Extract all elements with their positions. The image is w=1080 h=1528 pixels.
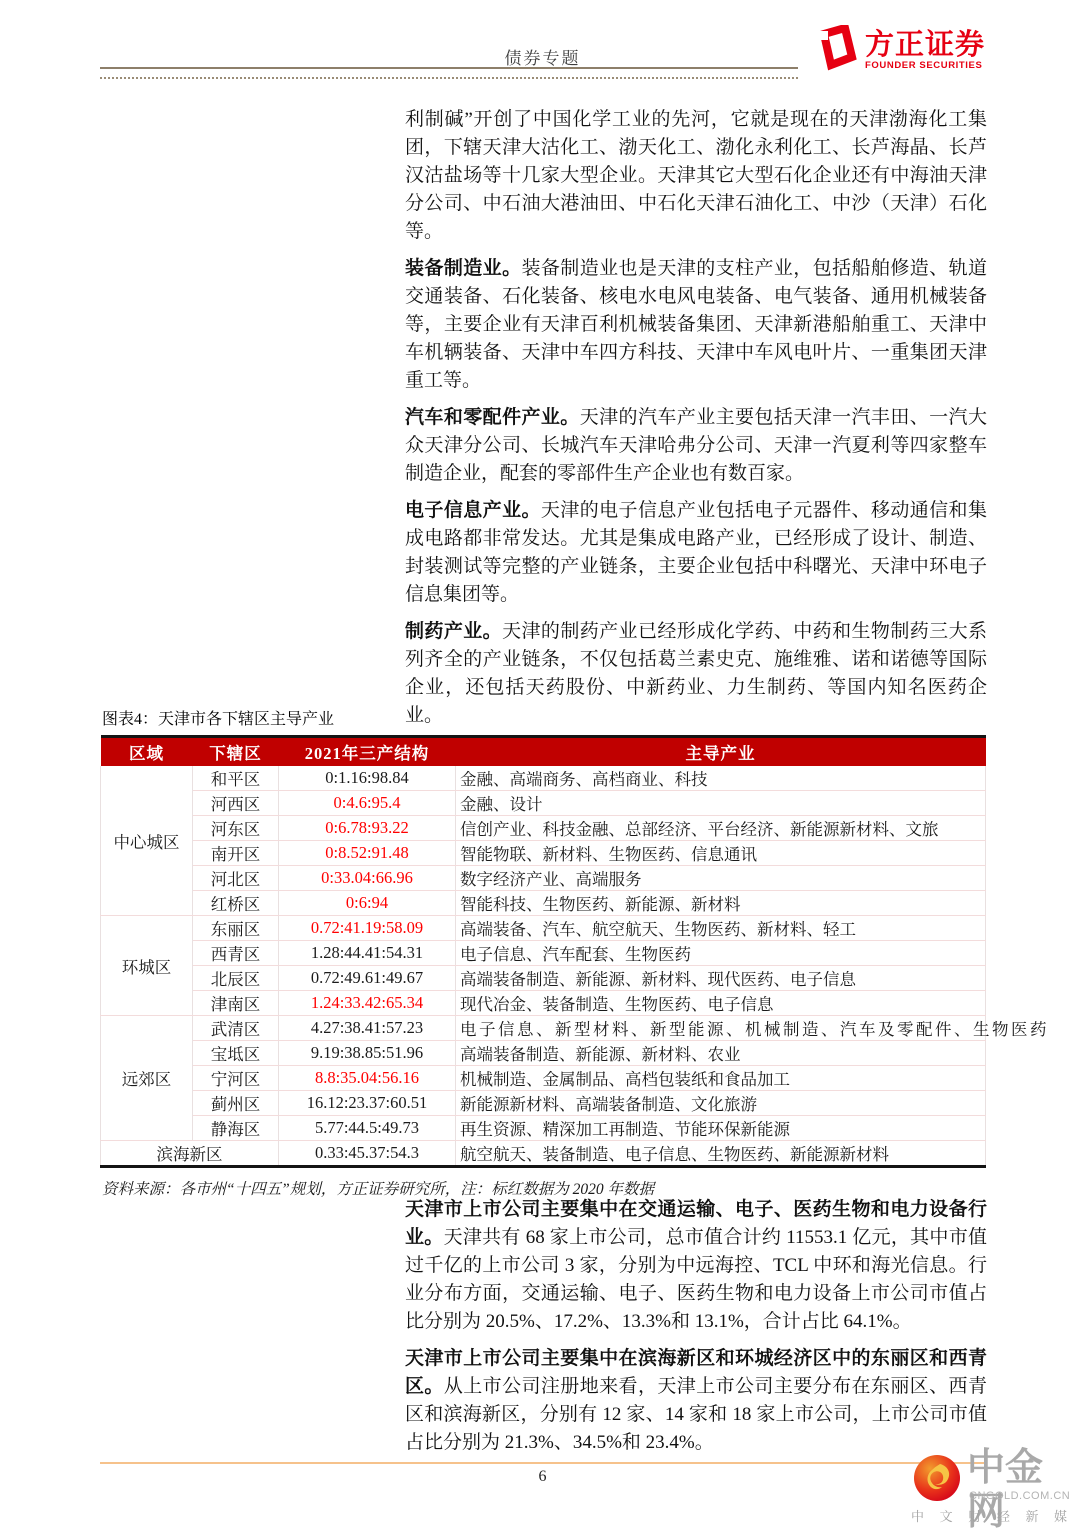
ratio-cell: 16.12:23.37:60.51 — [279, 1091, 456, 1116]
paragraph: 电子信息产业。天津的电子信息产业包括电子元器件、移动通信和集成电路都非常发达。尤… — [405, 497, 987, 609]
founder-securities-logo: 方正证券 FOUNDER SECURITIES — [812, 22, 987, 78]
column-header-structure: 2021年三产结构 — [279, 737, 456, 767]
industries-cell: 航空航天、装备制造、电子信息、生物医药、新能源新材料 — [456, 1141, 986, 1167]
district-cell: 西青区 — [193, 941, 279, 966]
ratio-cell: 0:6:94 — [279, 891, 456, 916]
district-cell: 和平区 — [193, 766, 279, 791]
district-cell: 东丽区 — [193, 916, 279, 941]
ratio-cell: 0:1.16:98.84 — [279, 766, 456, 791]
ratio-cell: 0.72:41.19:58.09 — [279, 916, 456, 941]
industry-table-body: 中心城区和平区0:1.16:98.84金融、高端商务、高档商业、科技河西区0:4… — [101, 766, 986, 1167]
table-row: 北辰区0.72:49.61:49.67高端装备制造、新能源、新材料、现代医药、电… — [101, 966, 986, 991]
ratio-cell: 1.28:44.41:54.31 — [279, 941, 456, 966]
ratio-cell: 5.77:44.5:49.73 — [279, 1116, 456, 1141]
industries-cell: 金融、设计 — [456, 791, 986, 816]
table-row: 宁河区8.8:35.04:56.16机械制造、金属制品、高档包装纸和食品加工 — [101, 1066, 986, 1091]
table-row: 南开区0:8.52:91.48智能物联、新材料、生物医药、信息通讯 — [101, 841, 986, 866]
figure-4: 图表4：天津市各下辖区主导产业 区域 下辖区 2021年三产结构 主导产业 中心… — [100, 706, 985, 1199]
table-row: 静海区5.77:44.5:49.73再生资源、精深加工再制造、节能环保新能源 — [101, 1116, 986, 1141]
ratio-cell: 9.19:38.85:51.96 — [279, 1041, 456, 1066]
industry-table: 区域 下辖区 2021年三产结构 主导产业 中心城区和平区0:1.16:98.8… — [100, 735, 986, 1168]
district-cell: 蓟州区 — [193, 1091, 279, 1116]
column-header-industries: 主导产业 — [456, 737, 986, 767]
district-cell: 红桥区 — [193, 891, 279, 916]
table-row: 河西区0:4.6:95.4金融、设计 — [101, 791, 986, 816]
district-cell: 河北区 — [193, 866, 279, 891]
ratio-cell: 8.8:35.04:56.16 — [279, 1066, 456, 1091]
paragraph-lead: 汽车和零配件产业。 — [405, 407, 580, 428]
industries-cell: 数字经济产业、高端服务 — [456, 866, 986, 891]
industries-cell: 再生资源、精深加工再制造、节能环保新能源 — [456, 1116, 986, 1141]
header-rule-dotted — [100, 77, 798, 79]
body-text-lower: 天津市上市公司主要集中在交通运输、电子、医药生物和电力设备行业。天津共有 68 … — [405, 1196, 987, 1466]
region-group-cell: 环城区 — [101, 916, 193, 1016]
industries-cell: 高端装备、汽车、航空航天、生物医药、新材料、轻工 — [456, 916, 986, 941]
brand-name-cn: 方正证券 — [865, 30, 985, 60]
table-row: 西青区1.28:44.41:54.31电子信息、汽车配套、生物医药 — [101, 941, 986, 966]
ratio-cell: 0:6.78:93.22 — [279, 816, 456, 841]
district-cell: 武清区 — [193, 1016, 279, 1041]
industries-cell: 高端装备制造、新能源、新材料、现代医药、电子信息 — [456, 966, 986, 991]
paragraph: 装备制造业。装备制造业也是天津的支柱产业，包括船舶修造、轨道交通装备、石化装备、… — [405, 255, 987, 395]
district-cell: 宁河区 — [193, 1066, 279, 1091]
industries-cell: 电子信息、汽车配套、生物医药 — [456, 941, 986, 966]
district-cell: 南开区 — [193, 841, 279, 866]
industries-cell: 智能科技、生物医药、新能源、新材料 — [456, 891, 986, 916]
paragraph-lead: 制药产业。 — [405, 621, 502, 642]
industries-cell: 现代冶金、装备制造、生物医药、电子信息 — [456, 991, 986, 1016]
industries-cell: 新能源新材料、高端装备制造、文化旅游 — [456, 1091, 986, 1116]
district-cell: 静海区 — [193, 1116, 279, 1141]
founder-securities-icon — [812, 25, 858, 76]
ratio-cell: 0:8.52:91.48 — [279, 841, 456, 866]
page-number: 6 — [100, 1468, 985, 1486]
ratio-cell: 0.33:45.37:54.3 — [279, 1141, 456, 1167]
paragraph-lead: 电子信息产业。 — [405, 500, 541, 521]
table-row: 河东区0:6.78:93.22信创产业、科技金融、总部经济、平台经济、新能源新材… — [101, 816, 986, 841]
ratio-cell: 0.72:49.61:49.67 — [279, 966, 456, 991]
cngold-watermark: 中金网 CNGOLD.COM.CN 中 文 财 经 新 媒 体 — [905, 1448, 1080, 1528]
ratio-cell: 0:4.6:95.4 — [279, 791, 456, 816]
region-group-cell: 远郊区 — [101, 1016, 193, 1141]
district-cell: 河西区 — [193, 791, 279, 816]
cngold-tagline: 中 文 财 经 新 媒 体 — [911, 1506, 1080, 1525]
table-row: 津南区1.24:33.42:65.34现代冶金、装备制造、生物医药、电子信息 — [101, 991, 986, 1016]
table-row: 蓟州区16.12:23.37:60.51新能源新材料、高端装备制造、文化旅游 — [101, 1091, 986, 1116]
cngold-logo-icon — [913, 1454, 961, 1502]
table-row: 红桥区0:6:94智能科技、生物医药、新能源、新材料 — [101, 891, 986, 916]
industries-cell: 金融、高端商务、高档商业、科技 — [456, 766, 986, 791]
figure-title: 图表4：天津市各下辖区主导产业 — [102, 706, 985, 729]
table-row: 中心城区和平区0:1.16:98.84金融、高端商务、高档商业、科技 — [101, 766, 986, 791]
table-row: 宝坻区9.19:38.85:51.96高端装备制造、新能源、新材料、农业 — [101, 1041, 986, 1066]
paragraph-text: 从上市公司注册地来看，天津上市公司主要分布在东丽区、西青区和滨海新区，分别有 1… — [405, 1376, 987, 1453]
column-header-region: 区域 — [101, 737, 193, 767]
paragraph: 汽车和零配件产业。天津的汽车产业主要包括天津一汽丰田、一汽大众天津分公司、长城汽… — [405, 404, 987, 488]
header-rule-solid — [100, 67, 798, 69]
table-row: 环城区东丽区0.72:41.19:58.09高端装备、汽车、航空航天、生物医药、… — [101, 916, 986, 941]
paragraph: 利制碱”开创了中国化学工业的先河，它就是现在的天津渤海化工集团，下辖天津大沽化工… — [405, 106, 987, 246]
report-page: 债券专题 方正证券 FOUNDER SECURITIES 利制碱”开创了中国化学… — [0, 0, 1080, 1528]
footer-rule — [100, 1462, 985, 1464]
industries-cell: 信创产业、科技金融、总部经济、平台经济、新能源新材料、文旅 — [456, 816, 986, 841]
paragraph: 天津市上市公司主要集中在滨海新区和环城经济区中的东丽区和西青区。从上市公司注册地… — [405, 1345, 987, 1457]
paragraph-text: 天津共有 68 家上市公司，总市值合计约 11553.1 亿元，其中市值过千亿的… — [405, 1227, 987, 1332]
table-row: 滨海新区0.33:45.37:54.3航空航天、装备制造、电子信息、生物医药、新… — [101, 1141, 986, 1167]
table-row: 远郊区武清区4.27:38.41:57.23电子信息、新型材料、新型能源、机械制… — [101, 1016, 986, 1041]
paragraph: 天津市上市公司主要集中在交通运输、电子、医药生物和电力设备行业。天津共有 68 … — [405, 1196, 987, 1336]
table-header-row: 区域 下辖区 2021年三产结构 主导产业 — [101, 737, 986, 767]
ratio-cell: 0:33.04:66.96 — [279, 866, 456, 891]
ratio-cell: 1.24:33.42:65.34 — [279, 991, 456, 1016]
district-cell: 北辰区 — [193, 966, 279, 991]
ratio-cell: 4.27:38.41:57.23 — [279, 1016, 456, 1041]
district-cell: 宝坻区 — [193, 1041, 279, 1066]
brand-name-en: FOUNDER SECURITIES — [865, 60, 985, 71]
district-cell: 津南区 — [193, 991, 279, 1016]
industries-cell: 电子信息、新型材料、新型能源、机械制造、汽车及零配件、生物医药 — [456, 1016, 986, 1041]
paragraph-text: 利制碱”开创了中国化学工业的先河，它就是现在的天津渤海化工集团，下辖天津大沽化工… — [405, 109, 987, 242]
district-cell: 河东区 — [193, 816, 279, 841]
column-header-district: 下辖区 — [193, 737, 279, 767]
industries-cell: 智能物联、新材料、生物医药、信息通讯 — [456, 841, 986, 866]
region-group-cell: 中心城区 — [101, 766, 193, 916]
body-text-upper: 利制碱”开创了中国化学工业的先河，它就是现在的天津渤海化工集团，下辖天津大沽化工… — [405, 106, 987, 739]
table-row: 河北区0:33.04:66.96数字经济产业、高端服务 — [101, 866, 986, 891]
paragraph-lead: 装备制造业。 — [405, 258, 521, 279]
industries-cell: 高端装备制造、新能源、新材料、农业 — [456, 1041, 986, 1066]
region-group-cell: 滨海新区 — [101, 1141, 279, 1167]
cngold-domain: CNGOLD.COM.CN — [969, 1490, 1070, 1502]
industries-cell: 机械制造、金属制品、高档包装纸和食品加工 — [456, 1066, 986, 1091]
